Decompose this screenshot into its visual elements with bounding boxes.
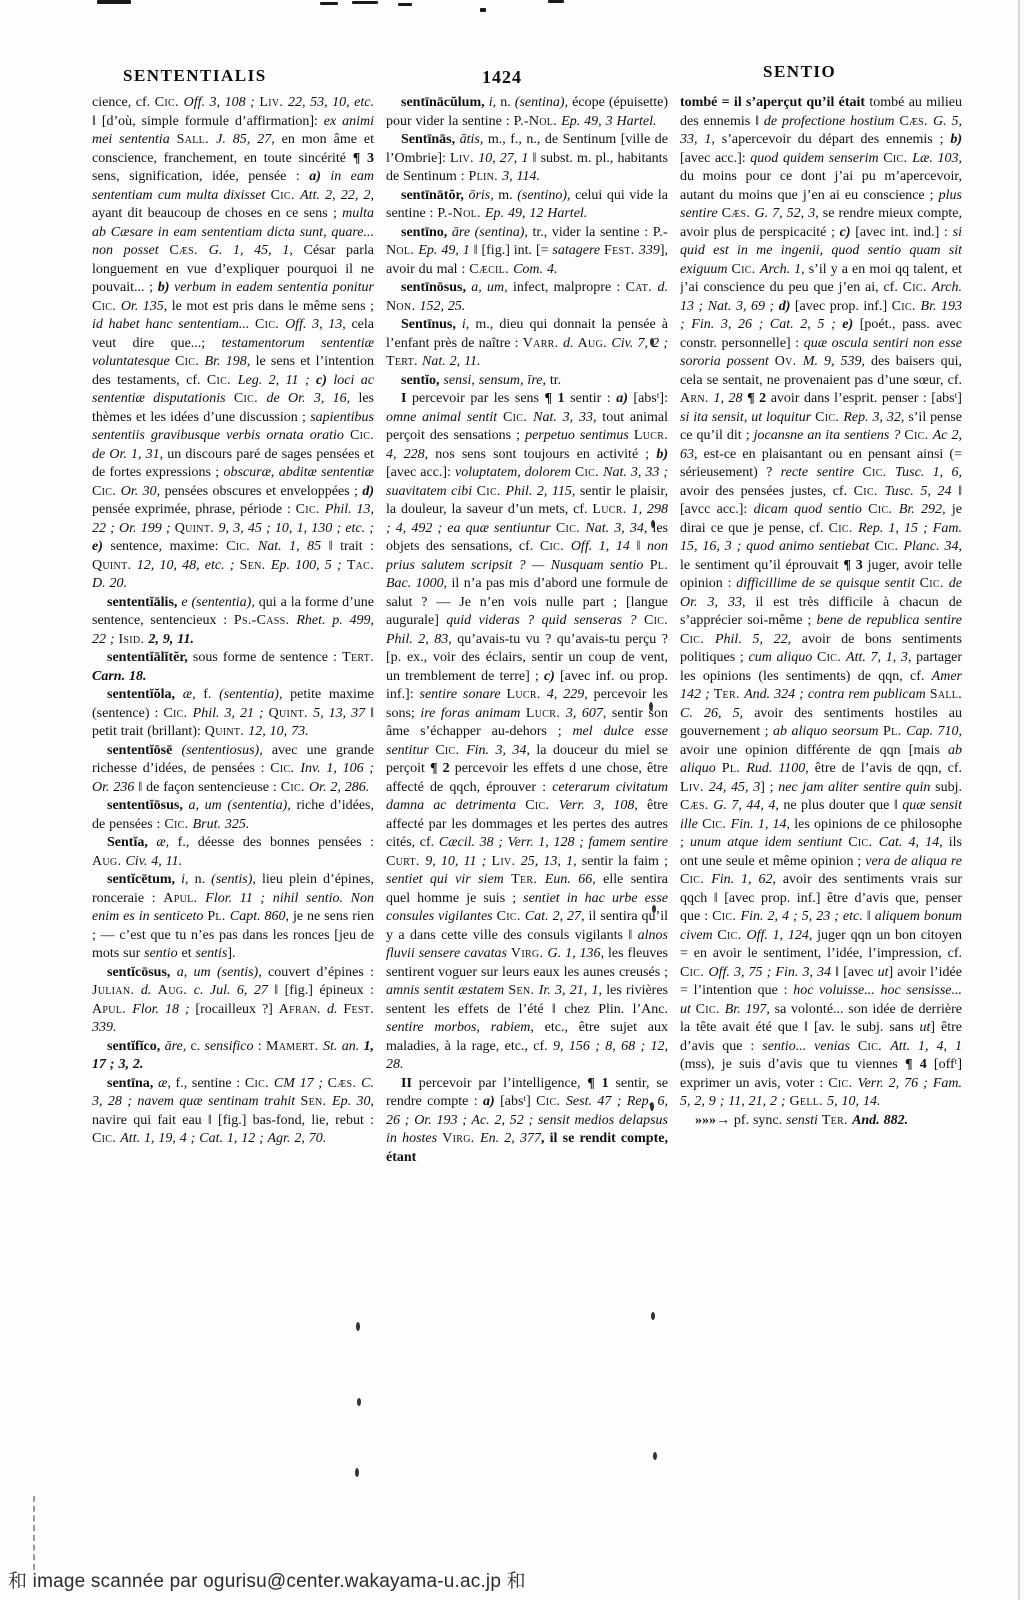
text-segment: 3, 114. xyxy=(502,169,540,184)
text-segment: G. 1, 45, 1 xyxy=(209,243,290,258)
text-segment: Cic. xyxy=(717,928,746,943)
scan-artifact xyxy=(320,2,338,5)
text-segment: Cic. xyxy=(892,299,921,314)
text-segment: bene de republica sentire xyxy=(816,613,962,628)
text-segment: a) xyxy=(309,169,330,184)
text-segment: Mamert. xyxy=(266,1039,323,1054)
text-segment: Cic. xyxy=(874,539,903,554)
text-segment: Quint. xyxy=(175,521,219,536)
text-segment: āre (sentina), xyxy=(452,225,533,240)
text-segment: sentis xyxy=(196,946,228,961)
text-segment: Afran. xyxy=(279,1002,327,1017)
text-segment: Rep. 3, 32 xyxy=(843,410,901,425)
text-segment: Sentīnās, xyxy=(401,132,460,147)
guide-word-right: SENTIO xyxy=(763,62,836,82)
text-segment: 5, 10, 14. xyxy=(827,1094,880,1109)
entry-senticosus: sentĭcōsus, a, um (sentis), couvert d’ép… xyxy=(92,964,374,1038)
text-segment: a, um (sententia), xyxy=(189,798,297,813)
text-segment: Cic. xyxy=(817,650,846,665)
text-segment: , être de l’avis de qqn, cf. xyxy=(805,761,962,776)
text-segment: sensti xyxy=(786,1113,822,1128)
text-segment: And. 882. xyxy=(852,1113,908,1128)
text-segment: unum atque idem sentiunt xyxy=(690,835,848,850)
text-segment: Off. 1, 14 xyxy=(571,539,637,554)
text-segment: Cat. 2, 27 xyxy=(525,909,581,924)
text-segment: d. xyxy=(141,983,158,998)
text-segment: Att. 1, 4, 1 xyxy=(890,1039,962,1054)
text-segment: sentīno, xyxy=(401,225,452,240)
text-segment: sententĭōsē xyxy=(107,743,181,758)
text-segment: b) xyxy=(158,280,174,295)
text-segment: āre, xyxy=(165,1039,191,1054)
dictionary-column-3: tombé = il s’aperçut qu’il était tombé a… xyxy=(680,94,962,1556)
text-segment: Com. 4. xyxy=(513,262,557,277)
text-segment: Carn. 18. xyxy=(92,669,146,684)
text-segment: Cic. xyxy=(245,1076,274,1091)
text-segment: (sententiosus), xyxy=(181,743,271,758)
text-segment: sentio xyxy=(144,946,181,961)
entry-sententia-continuation: cience, cf. Cic. Off. 3, 108 ; Liv. 22, … xyxy=(92,94,374,594)
text-segment: Cic. xyxy=(575,465,603,480)
text-segment: (sentina), xyxy=(515,95,572,110)
running-head: SENTENTIALIS 1424 SENTIO xyxy=(0,60,1024,86)
text-segment: Off. 1, 124 xyxy=(746,928,808,943)
text-segment: Liv. xyxy=(680,780,709,795)
text-segment: dicam quod sentio xyxy=(754,502,869,517)
text-segment: Ov. xyxy=(775,354,803,369)
text-segment: Flor. 18 ; xyxy=(132,1002,195,1017)
text-segment: subj. xyxy=(935,780,962,795)
text-segment: Tert. xyxy=(342,650,374,665)
text-segment: Ter. xyxy=(511,872,545,887)
text-segment: Cic. xyxy=(525,798,558,813)
text-segment: II xyxy=(401,1076,419,1091)
text-segment: Ep. 49, 3 Hartel. xyxy=(561,114,656,129)
text-segment: Ter. xyxy=(822,1113,852,1128)
entry-sentio-part-II-continuation: tombé = il s’aperçut qu’il était tombé a… xyxy=(680,94,962,1112)
text-segment: ‖ [fig.] épineux : xyxy=(274,983,374,998)
text-segment: , pensées obscures et enveloppées ; xyxy=(157,484,363,499)
text-segment: Cic. xyxy=(644,613,668,628)
text-segment: , nos sens sont toujours en activité ; xyxy=(425,447,657,462)
text-segment: quid videras ? quid senseras ? xyxy=(446,613,644,628)
text-segment: ¶ 2 xyxy=(430,761,455,776)
text-segment: ab aliquo seorsum xyxy=(773,724,883,739)
text-segment: Cic. xyxy=(828,1076,857,1091)
text-segment: Liv. xyxy=(450,151,478,166)
text-segment: Non. xyxy=(386,299,419,314)
text-segment: sensifico xyxy=(205,1039,258,1054)
text-segment: f. xyxy=(203,687,219,702)
entry-sentinator: sentīnātŏr, ōris, m. (sentino), celui qu… xyxy=(386,187,668,224)
text-segment: difficillime de se quisque sentit xyxy=(736,576,919,591)
text-segment: 5, 13, 37 xyxy=(313,706,370,721)
text-segment: Cic. xyxy=(155,95,184,110)
text-segment: omne animal sentit xyxy=(386,410,503,425)
text-segment: Br. 197 xyxy=(725,1002,767,1017)
entry-sententiose: sententĭōsē (sententiosus), avec une gra… xyxy=(92,742,374,798)
text-segment: Cic. xyxy=(296,502,325,517)
text-segment: de Or. 3, 16 xyxy=(267,391,347,406)
text-segment: Phil. 2, 115 xyxy=(506,484,572,499)
text-segment: Sen. xyxy=(240,558,271,573)
text-segment: i, xyxy=(462,317,475,332)
text-segment: sentire sonare xyxy=(420,687,507,702)
text-segment: sentīna, xyxy=(107,1076,158,1091)
text-segment: Phil. 3, 21 ; xyxy=(193,706,269,721)
text-segment: tombé = il s’aperçut qu’il était xyxy=(680,95,869,110)
text-segment: (mss), je suis d’avis que tu viennes xyxy=(680,1057,905,1072)
text-segment: sentĭcētum, xyxy=(107,872,181,887)
text-segment: recte sentire xyxy=(781,465,863,480)
text-segment: a) xyxy=(483,1094,500,1109)
text-segment: d. xyxy=(563,336,578,351)
text-segment: Cic. xyxy=(435,743,466,758)
text-segment: Cic. xyxy=(848,835,878,850)
text-segment: Læ. 103 xyxy=(912,151,958,166)
text-segment: En. 2, 377 xyxy=(480,1131,541,1146)
text-segment: c. xyxy=(191,1039,205,1054)
text-segment: ]. xyxy=(227,946,235,961)
text-segment: 152, 25. xyxy=(419,299,465,314)
text-segment: 339 xyxy=(639,243,660,258)
text-segment: [rocailleux ?] xyxy=(195,1002,278,1017)
text-segment: , s’apercevoir du départ des ennemis ; xyxy=(711,132,950,147)
text-segment: Cic. xyxy=(226,539,258,554)
text-segment: Cic. xyxy=(815,410,843,425)
text-segment: ‖ trait : xyxy=(329,539,374,554)
text-segment: ire foras animam xyxy=(420,706,526,721)
text-segment: Cic. xyxy=(234,391,267,406)
dictionary-column-2: sentīnācŭlum, i, n. (sentina), écope (ép… xyxy=(386,94,668,1556)
text-segment: Fin. 1, 62 xyxy=(711,872,772,887)
entry-sententiola: sententĭŏla, æ, f. (sententia), petite m… xyxy=(92,686,374,742)
entry-sentinosus: sentīnōsus, a, um, infect, malpropre : C… xyxy=(386,279,668,316)
text-segment: Nat. 3, 33 xyxy=(533,410,593,425)
text-segment: Cic. xyxy=(868,502,899,517)
text-segment: Lucr. xyxy=(507,687,547,702)
text-segment: Aug. xyxy=(158,983,194,998)
text-segment: ¶ 3 xyxy=(843,558,867,573)
text-segment: Off. 3, 108 ; xyxy=(184,95,260,110)
text-segment: ¶ 4 xyxy=(905,1057,934,1072)
text-segment: Or. 135 xyxy=(121,299,164,314)
text-segment: Phil. 2, 83 xyxy=(386,632,448,647)
text-segment: [avec acc.]: xyxy=(386,465,455,480)
text-segment: a, um (sentis), xyxy=(177,965,268,980)
text-segment: P.-Nol. xyxy=(514,114,562,129)
text-segment: vera de aliqua re xyxy=(865,854,962,869)
text-segment: Phil. 5, 22 xyxy=(715,632,788,647)
text-segment: Apul. xyxy=(92,1002,132,1017)
text-segment: ‖ xyxy=(636,539,647,554)
scan-artifact xyxy=(97,0,131,4)
text-segment: Rud. 1100 xyxy=(746,761,805,776)
dictionary-columns: cience, cf. Cic. Off. 3, 108 ; Liv. 22, … xyxy=(92,94,964,1556)
text-segment: quod quidem senserim xyxy=(750,151,883,166)
scan-edge-shadow xyxy=(1018,0,1020,1600)
entry-sentio-part-I: I percevoir par les sens ¶ 1 sentir : a)… xyxy=(386,390,668,1075)
text-segment: Julian. xyxy=(92,983,141,998)
text-segment: Fin. 3, 34 xyxy=(466,743,526,758)
text-segment: C. 26, 5 xyxy=(680,706,740,721)
text-segment: Ps.-Cass. xyxy=(234,613,296,628)
text-segment: verbum in eadem sententia ponitur xyxy=(174,280,374,295)
text-segment: Nat. 3, 34 xyxy=(585,521,643,536)
text-segment: Apul. xyxy=(163,891,205,906)
text-segment: Cic. xyxy=(732,262,760,277)
text-segment: sententĭōsus, xyxy=(107,798,189,813)
text-segment: Tert. xyxy=(386,354,422,369)
text-segment: (sentis), xyxy=(211,872,262,887)
text-segment: Ep. 49, 12 Hartel. xyxy=(485,206,587,221)
text-segment: Or. 2, 286. xyxy=(309,780,369,795)
text-segment: Cic. xyxy=(281,780,309,795)
text-segment: Cic. xyxy=(350,428,374,443)
text-segment: sententĭālĭtĕr, xyxy=(107,650,193,665)
text-segment: id habet hanc sententiam... xyxy=(92,317,255,332)
text-segment: Varr. xyxy=(523,336,563,351)
text-segment: Cæs. xyxy=(680,798,713,813)
text-segment: a) xyxy=(616,391,633,406)
text-segment: Tusc. 5, 24 xyxy=(885,484,958,499)
text-segment: Att. 2, 22, 2 xyxy=(300,188,370,203)
text-segment: i, xyxy=(489,95,500,110)
entry-sentinus: Sentīnus, i, m., dieu qui donnait la pen… xyxy=(386,316,668,372)
text-segment: Pl. xyxy=(650,558,668,573)
dictionary-column-1: cience, cf. Cic. Off. 3, 108 ; Liv. 22, … xyxy=(92,94,374,1556)
text-segment: Tusc. 1, 6 xyxy=(895,465,958,480)
text-segment: Pl. xyxy=(722,761,747,776)
text-segment: G. 7, 52, 3 xyxy=(754,206,815,221)
text-segment: Cæs. xyxy=(169,243,208,258)
text-segment: Att. 1, 19, 4 ; Cat. 1, 12 ; Agr. 2, 70. xyxy=(120,1131,326,1146)
text-segment: Planc. 34 xyxy=(903,539,958,554)
text-segment: 4, 228 xyxy=(386,447,425,462)
text-segment: amnis sentit æstatem xyxy=(386,983,508,998)
text-segment: Pl. xyxy=(207,909,230,924)
text-segment: Cic. xyxy=(858,1039,890,1054)
text-segment: n. xyxy=(195,872,212,887)
text-segment: Cic. xyxy=(680,965,708,980)
text-segment: e) xyxy=(842,317,860,332)
text-segment: sentiet qui vir siem xyxy=(386,872,511,887)
text-segment: Curt. xyxy=(386,854,425,869)
text-segment: Sentīnus, xyxy=(401,317,462,332)
text-segment: sentio... venias xyxy=(762,1039,858,1054)
text-segment: Cic. xyxy=(163,706,192,721)
text-segment: 12, 10, 48, etc. ; xyxy=(137,558,240,573)
text-segment: ‖ [fig.] int. [= xyxy=(474,243,553,258)
text-segment: jocansne an ita sentiens ? xyxy=(754,428,905,443)
text-segment: sentir : xyxy=(570,391,616,406)
text-segment: Cic. xyxy=(92,484,121,499)
text-segment: Isid. xyxy=(118,632,148,647)
text-segment: b) xyxy=(656,447,668,462)
text-segment: ut xyxy=(878,965,889,980)
text-segment: Cic. xyxy=(680,872,711,887)
text-segment: sententĭŏla, xyxy=(107,687,183,702)
text-segment: Cic. xyxy=(255,317,285,332)
text-segment: Brut. 325. xyxy=(193,817,250,832)
text-segment: 12, 10, 73. xyxy=(248,724,308,739)
text-segment: æ, xyxy=(156,835,177,850)
text-segment: (sentino), xyxy=(517,188,575,203)
entry-senticetum: sentĭcētum, i, n. (sentis), lieu plein d… xyxy=(92,871,374,964)
text-segment: sentīnōsus, xyxy=(401,280,471,295)
text-segment: ] ; xyxy=(760,780,778,795)
entry-sentinas: Sentīnās, ātis, m., f., n., de Sentinum … xyxy=(386,131,668,187)
text-segment: Aug. xyxy=(578,336,612,351)
text-segment: pf. sync. xyxy=(734,1113,786,1128)
text-segment: sous forme de sentence : xyxy=(193,650,342,665)
text-segment: St. an. xyxy=(323,1039,363,1054)
text-segment: D. 20. xyxy=(92,576,127,591)
scan-attribution: 和 image scannée par ogurisu@center.wakay… xyxy=(8,1566,1008,1593)
text-segment: 9, 10, 11 ; xyxy=(425,854,491,869)
text-segment: Cic. xyxy=(904,428,932,443)
text-segment: perpetuo sentimus xyxy=(525,428,634,443)
text-segment: Cic. xyxy=(207,373,238,388)
text-segment: Virg. xyxy=(511,946,548,961)
text-segment: 10, 27, 1 xyxy=(478,151,532,166)
text-segment: Cic. xyxy=(92,299,121,314)
text-segment: Cic. xyxy=(680,632,715,647)
text-segment: infect, malpropre : xyxy=(513,280,626,295)
text-segment: et xyxy=(181,946,195,961)
text-segment: Lucr. xyxy=(634,428,668,443)
text-segment: e) xyxy=(92,539,110,554)
text-segment: Pl. xyxy=(883,724,906,739)
text-segment: , sentir la faim ; xyxy=(573,854,668,869)
text-segment: ¶ 2 xyxy=(747,391,771,406)
text-segment: sentire morbos, rabiem, xyxy=(386,1020,545,1035)
text-segment: n. xyxy=(500,95,515,110)
text-segment: »»»→ xyxy=(695,1113,734,1128)
text-segment: satagere xyxy=(552,243,604,258)
entry-sententialis: sententĭālis, e (sententia), qui a la fo… xyxy=(92,594,374,650)
text-segment: sentīnātŏr, xyxy=(401,188,468,203)
text-segment: Cæcil. 38 ; Verr. 1, 128 ; famem sentire xyxy=(439,835,668,850)
text-segment: G. 1, 136 xyxy=(548,946,601,961)
text-segment: Civ. 7, 2 ; xyxy=(611,336,668,351)
text-segment: Plin. xyxy=(468,169,502,184)
text-segment: ātis, xyxy=(460,132,488,147)
text-segment: ōris, xyxy=(468,188,498,203)
text-segment: d) xyxy=(779,299,795,314)
text-segment: sentīnācŭlum, xyxy=(401,95,489,110)
text-segment: ut xyxy=(919,1020,930,1035)
text-segment: [avec int. ind.] : xyxy=(855,225,952,240)
text-segment: 339. xyxy=(92,1020,117,1035)
text-segment: P.-Nol. xyxy=(437,206,485,221)
text-segment: Civ. 4, 11. xyxy=(125,854,182,869)
text-segment: Sentĭa, xyxy=(107,835,156,850)
text-segment: Ep. 49, 1 xyxy=(418,243,473,258)
text-segment: Cic. xyxy=(862,465,895,480)
text-segment: percevoir par les sens xyxy=(412,391,545,406)
text-segment: G. 7, 44, 4 xyxy=(713,798,775,813)
text-segment: 9, 3, 45 ; 10, 1, 130 ; etc. ; xyxy=(219,521,374,536)
text-segment: f., sentine : xyxy=(176,1076,245,1091)
text-segment: voluptatem, dolorem xyxy=(455,465,575,480)
text-segment: Virg. xyxy=(442,1131,480,1146)
text-segment: M. 9, 539 xyxy=(803,354,862,369)
text-segment: Br. 198 xyxy=(205,354,247,369)
text-segment: Fest. xyxy=(604,243,639,258)
text-segment: sensi, sensum, īre, xyxy=(443,373,549,388)
text-segment: Cic. xyxy=(903,280,932,295)
text-segment: Cic. xyxy=(92,1131,120,1146)
text-segment: c) xyxy=(544,669,560,684)
text-segment: , ne plus douter que ‖ xyxy=(775,798,902,813)
text-segment: sentĭfĭco, xyxy=(107,1039,165,1054)
text-segment: c) xyxy=(840,225,856,240)
text-segment: Ep. 100, 5 ; xyxy=(271,558,347,573)
text-segment: Cæs. xyxy=(328,1076,362,1091)
text-segment: Off. 3, 75 ; Fin. 3, 34 xyxy=(708,965,835,980)
text-segment: tr., vider la sentine : xyxy=(533,225,653,240)
entry-sentinaculum: sentīnācŭlum, i, n. (sentina), écope (ép… xyxy=(386,94,668,131)
text-segment: i, xyxy=(181,872,194,887)
text-segment: cum aliquo xyxy=(749,650,818,665)
text-segment: Gell. xyxy=(790,1094,828,1109)
text-segment: Fin. 2, 4 ; 5, 23 ; etc. xyxy=(741,909,867,924)
text-segment: Capt. 860 xyxy=(230,909,286,924)
text-segment: Cic. xyxy=(164,817,192,832)
text-segment: 24, 45, 3 xyxy=(709,780,760,795)
text-segment: Fest. xyxy=(343,1002,374,1017)
text-segment: Cic. xyxy=(536,1094,566,1109)
text-segment: Aug. xyxy=(92,854,125,869)
scan-artifact xyxy=(480,8,486,12)
text-segment: Or. 30 xyxy=(121,484,157,499)
text-segment: Off. 3, 13 xyxy=(285,317,342,332)
text-segment: 25, 13, 1 xyxy=(521,854,573,869)
text-segment: e (sententia), xyxy=(181,595,258,610)
text-segment: percevoir par l’intelligence, xyxy=(419,1076,588,1091)
text-segment: f., déesse des bonnes pensées : xyxy=(178,835,374,850)
text-segment: sens, signification, idée, pensée : xyxy=(92,169,309,184)
text-segment: Eun. 66 xyxy=(545,872,592,887)
text-segment: m. xyxy=(498,188,517,203)
text-segment: Liv. xyxy=(491,854,520,869)
text-segment: ‖ de façon sentencieuse : xyxy=(138,780,280,795)
text-segment: Cic. xyxy=(712,909,740,924)
text-segment: ‖ [avec xyxy=(835,965,877,980)
guide-word-left: SENTENTIALIS xyxy=(123,66,267,86)
text-segment: b) xyxy=(950,132,962,147)
text-segment: Quint. xyxy=(205,724,249,739)
text-segment: ¶ 3 xyxy=(353,151,374,166)
entry-sentina: sentīna, æ, f., sentine : Cic. CM 17 ; C… xyxy=(92,1075,374,1149)
text-segment: Lucr. xyxy=(592,502,631,517)
text-segment: Nat. 1, 85 xyxy=(258,539,329,554)
entry-sentio-morphology-note: »»»→ pf. sync. sensti Ter. And. 882. xyxy=(680,1112,962,1131)
text-segment: Cæs. xyxy=(722,206,755,221)
text-segment: Ep. 30 xyxy=(332,1094,370,1109)
text-segment: c. Jul. 6, 27 xyxy=(194,983,274,998)
text-segment: Cic. xyxy=(271,188,301,203)
entry-sentino: sentīno, āre (sentina), tr., vider la se… xyxy=(386,224,668,280)
text-segment: æ, xyxy=(183,687,204,702)
text-segment: Br. 292 xyxy=(899,502,942,517)
text-segment: CM 17 ; xyxy=(274,1076,328,1091)
text-segment: Ir. 3, 21, 1 xyxy=(539,983,599,998)
text-segment: d) xyxy=(362,484,374,499)
text-segment: tr. xyxy=(550,373,561,388)
text-segment: de Or. 1, 31 xyxy=(92,447,160,462)
